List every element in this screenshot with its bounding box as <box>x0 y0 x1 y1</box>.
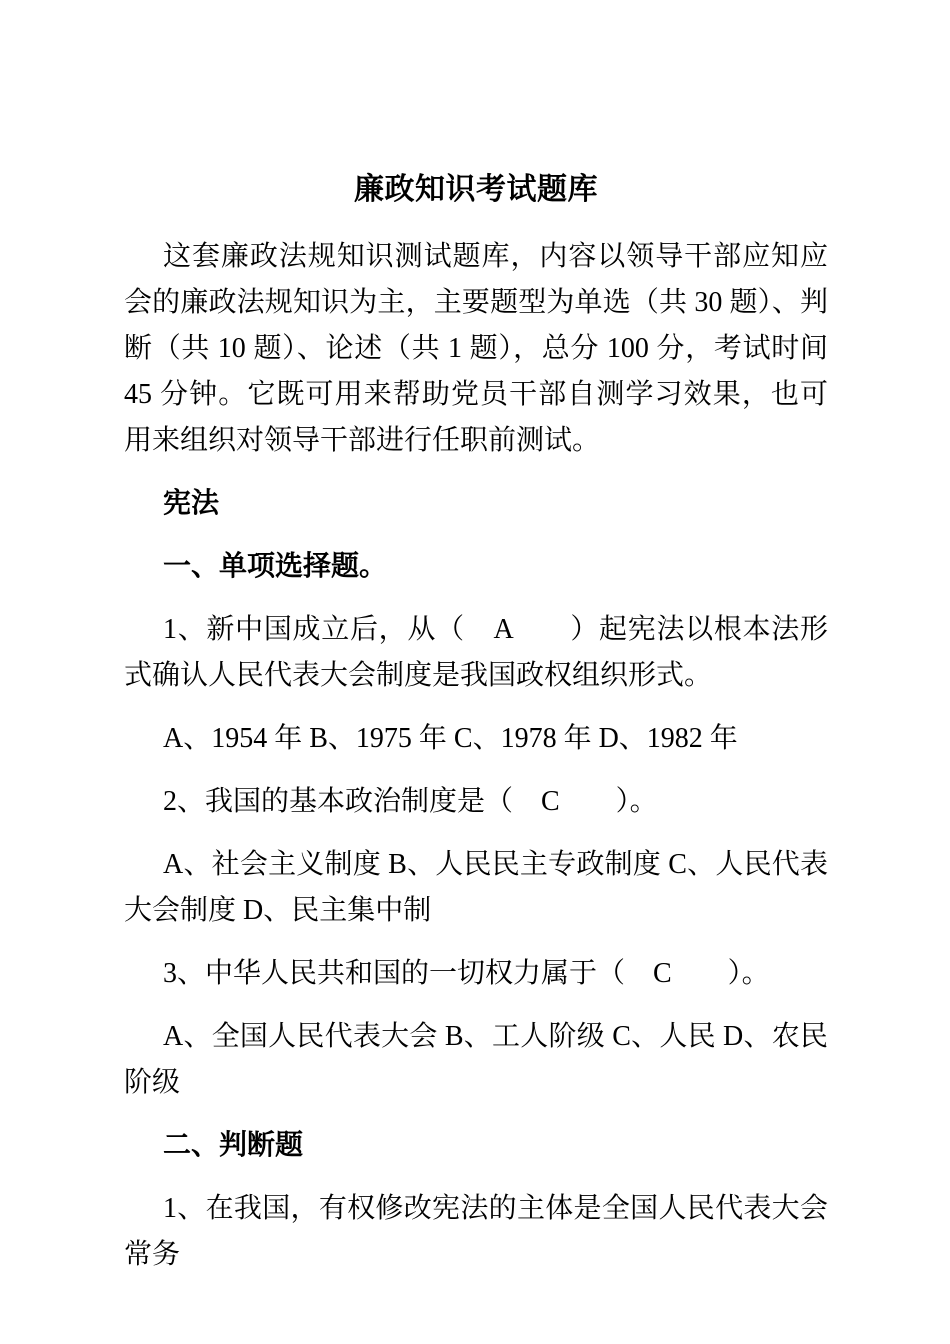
question-3-options: A、全国人民代表大会 B、工人阶级 C、人民 D、农民阶级 <box>124 1014 828 1106</box>
question-2: 2、我国的基本政治制度是（ C ）。 <box>124 779 828 825</box>
question-1: 1、新中国成立后，从（ A ）起宪法以根本法形式确认人民代表大会制度是我国政权组… <box>124 607 828 699</box>
subsection-heading-single-choice: 一、单项选择题。 <box>124 544 828 590</box>
true-false-question-1: 1、在我国，有权修改宪法的主体是全国人民代表大会常务 <box>124 1186 828 1278</box>
document-page: 廉政知识考试题库 这套廉政法规知识测试题库，内容以领导干部应知应会的廉政法规知识… <box>0 0 950 1344</box>
question-1-options: A、1954 年 B、1975 年 C、1978 年 D、1982 年 <box>124 716 828 762</box>
document-title: 廉政知识考试题库 <box>124 168 828 212</box>
question-3: 3、中华人民共和国的一切权力属于（ C ）。 <box>124 951 828 997</box>
section-heading-constitution: 宪法 <box>124 481 828 527</box>
question-2-options: A、社会主义制度 B、人民民主专政制度 C、人民代表大会制度 D、民主集中制 <box>124 842 828 934</box>
intro-paragraph: 这套廉政法规知识测试题库，内容以领导干部应知应会的廉政法规知识为主，主要题型为单… <box>124 234 828 464</box>
subsection-heading-true-false: 二、判断题 <box>124 1123 828 1169</box>
